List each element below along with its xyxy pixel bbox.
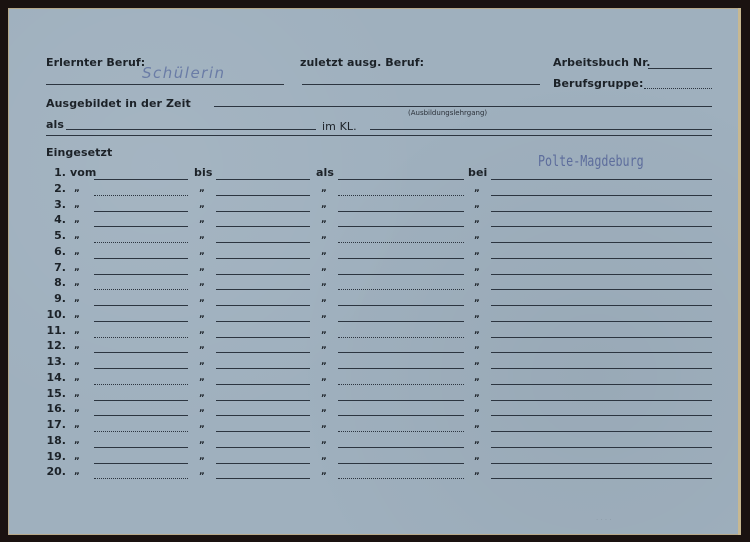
col-vom-label: vom bbox=[70, 166, 97, 179]
bei-field[interactable] bbox=[491, 447, 712, 448]
ditto-mark: „ bbox=[199, 341, 205, 351]
bis-field[interactable] bbox=[216, 305, 310, 306]
ditto-mark: „ bbox=[199, 389, 205, 399]
ausgebildet-field[interactable] bbox=[214, 106, 712, 107]
table-row: 18.„„„„ bbox=[8, 434, 741, 450]
ditto-mark: „ bbox=[199, 436, 205, 446]
bis-field[interactable] bbox=[216, 337, 310, 338]
bei-field[interactable] bbox=[491, 400, 712, 401]
ditto-mark: „ bbox=[474, 357, 480, 367]
als-field[interactable] bbox=[338, 337, 464, 338]
im-kl-field[interactable] bbox=[370, 129, 712, 130]
ditto-mark: „ bbox=[199, 404, 205, 414]
bei-field[interactable] bbox=[491, 415, 712, 416]
ditto-mark: „ bbox=[74, 184, 80, 194]
bei-field[interactable] bbox=[491, 352, 712, 353]
bei-field[interactable] bbox=[491, 431, 712, 432]
index-card: Erlernter Beruf: zuletzt ausg. Beruf: Ar… bbox=[8, 8, 741, 535]
ditto-mark: „ bbox=[199, 247, 205, 257]
bei-field[interactable] bbox=[491, 289, 712, 290]
bei-field[interactable] bbox=[491, 274, 712, 275]
bei-field[interactable] bbox=[491, 368, 712, 369]
row-number: 8. bbox=[42, 276, 66, 289]
table-row: 14.„„„„ bbox=[8, 371, 741, 387]
vom-field[interactable] bbox=[94, 305, 188, 306]
bis-field[interactable] bbox=[216, 226, 310, 227]
vom-field[interactable] bbox=[94, 463, 188, 464]
erlernter-beruf-value: Schülerin bbox=[142, 64, 226, 82]
ditto-mark: „ bbox=[74, 389, 80, 399]
ditto-mark: „ bbox=[321, 420, 327, 430]
ausbildungslehrgang-caption: (Ausbildungslehrgang) bbox=[408, 109, 487, 117]
als-field[interactable] bbox=[338, 274, 464, 275]
als-field[interactable] bbox=[338, 400, 464, 401]
ditto-mark: „ bbox=[321, 231, 327, 241]
col-bei-label: bei bbox=[468, 166, 487, 179]
bei-field[interactable] bbox=[491, 179, 712, 180]
vom-field[interactable] bbox=[94, 289, 188, 290]
table-row: 13.„„„„ bbox=[8, 355, 741, 371]
table-row: 8.„„„„ bbox=[8, 276, 741, 292]
bis-field[interactable] bbox=[216, 368, 310, 369]
ditto-mark: „ bbox=[321, 389, 327, 399]
row-number: 13. bbox=[42, 355, 66, 368]
ditto-mark: „ bbox=[321, 467, 327, 477]
als-field[interactable] bbox=[338, 478, 464, 479]
ditto-mark: „ bbox=[321, 184, 327, 194]
table-row: 20.„„„„ bbox=[8, 465, 741, 481]
ditto-mark: „ bbox=[321, 263, 327, 273]
vom-field[interactable] bbox=[94, 431, 188, 432]
table-row: 11.„„„„ bbox=[8, 324, 741, 340]
row-number: 9. bbox=[42, 292, 66, 305]
table-row: 5.„„„„ bbox=[8, 229, 741, 245]
vom-field[interactable] bbox=[94, 337, 188, 338]
faded-marking: · · · · bbox=[596, 516, 612, 524]
bei-field[interactable] bbox=[491, 258, 712, 259]
ditto-mark: „ bbox=[321, 436, 327, 446]
bis-field[interactable] bbox=[216, 352, 310, 353]
ditto-mark: „ bbox=[474, 404, 480, 414]
bis-field[interactable] bbox=[216, 274, 310, 275]
ditto-mark: „ bbox=[474, 184, 480, 194]
ditto-mark: „ bbox=[199, 420, 205, 430]
vom-field[interactable] bbox=[94, 226, 188, 227]
ditto-mark: „ bbox=[474, 420, 480, 430]
ditto-mark: „ bbox=[199, 373, 205, 383]
als-field[interactable] bbox=[338, 431, 464, 432]
vom-field[interactable] bbox=[94, 258, 188, 259]
ditto-mark: „ bbox=[74, 420, 80, 430]
ditto-mark: „ bbox=[474, 341, 480, 351]
berufsgruppe-label: Berufsgruppe: bbox=[553, 77, 643, 90]
ditto-mark: „ bbox=[74, 247, 80, 257]
ditto-mark: „ bbox=[199, 263, 205, 273]
ditto-mark: „ bbox=[199, 467, 205, 477]
als-field[interactable] bbox=[338, 211, 464, 212]
row-number: 3. bbox=[42, 198, 66, 211]
ditto-mark: „ bbox=[474, 373, 480, 383]
ditto-mark: „ bbox=[321, 341, 327, 351]
ditto-mark: „ bbox=[474, 247, 480, 257]
als-field[interactable] bbox=[66, 129, 316, 130]
ditto-mark: „ bbox=[74, 404, 80, 414]
erlernter-beruf-label: Erlernter Beruf: bbox=[46, 56, 145, 69]
bis-field[interactable] bbox=[216, 211, 310, 212]
ditto-mark: „ bbox=[474, 452, 480, 462]
vom-field[interactable] bbox=[94, 478, 188, 479]
row-number: 7. bbox=[42, 261, 66, 274]
als-field[interactable] bbox=[338, 305, 464, 306]
bis-field[interactable] bbox=[216, 400, 310, 401]
als-field[interactable] bbox=[338, 352, 464, 353]
ditto-mark: „ bbox=[474, 231, 480, 241]
ditto-mark: „ bbox=[199, 452, 205, 462]
vom-field[interactable] bbox=[94, 242, 188, 243]
ditto-mark: „ bbox=[199, 200, 205, 210]
ditto-mark: „ bbox=[321, 278, 327, 288]
ditto-mark: „ bbox=[474, 310, 480, 320]
bei-field[interactable] bbox=[491, 321, 712, 322]
vom-field[interactable] bbox=[94, 274, 188, 275]
vom-field[interactable] bbox=[94, 352, 188, 353]
arbeitsbuch-field[interactable] bbox=[648, 68, 712, 69]
ditto-mark: „ bbox=[474, 389, 480, 399]
ditto-mark: „ bbox=[74, 215, 80, 225]
row-number: 20. bbox=[42, 465, 66, 478]
ditto-mark: „ bbox=[199, 357, 205, 367]
bei-field[interactable] bbox=[491, 242, 712, 243]
vom-field[interactable] bbox=[94, 415, 188, 416]
als-label: als bbox=[46, 118, 64, 131]
ditto-mark: „ bbox=[74, 452, 80, 462]
ditto-mark: „ bbox=[74, 231, 80, 241]
ditto-mark: „ bbox=[321, 452, 327, 462]
ditto-mark: „ bbox=[199, 294, 205, 304]
als-field[interactable] bbox=[338, 242, 464, 243]
header-divider bbox=[46, 135, 712, 136]
als-field[interactable] bbox=[338, 179, 464, 180]
table-row: 10.„„„„ bbox=[8, 308, 741, 324]
vom-field[interactable] bbox=[94, 195, 188, 196]
ditto-mark: „ bbox=[321, 404, 327, 414]
ditto-mark: „ bbox=[474, 326, 480, 336]
ditto-mark: „ bbox=[474, 467, 480, 477]
row-number: 11. bbox=[42, 324, 66, 337]
ditto-mark: „ bbox=[74, 200, 80, 210]
row-number: 18. bbox=[42, 434, 66, 447]
ditto-mark: „ bbox=[199, 215, 205, 225]
als-field[interactable] bbox=[338, 447, 464, 448]
ditto-mark: „ bbox=[321, 215, 327, 225]
bei-field[interactable] bbox=[491, 337, 712, 338]
vom-field[interactable] bbox=[94, 179, 188, 180]
ditto-mark: „ bbox=[321, 310, 327, 320]
ditto-mark: „ bbox=[474, 278, 480, 288]
row-number: 4. bbox=[42, 213, 66, 226]
bei-field[interactable] bbox=[491, 305, 712, 306]
als-field[interactable] bbox=[338, 289, 464, 290]
als-field[interactable] bbox=[338, 258, 464, 259]
bei-field[interactable] bbox=[491, 195, 712, 196]
bis-field[interactable] bbox=[216, 258, 310, 259]
als-field[interactable] bbox=[338, 384, 464, 385]
bis-field[interactable] bbox=[216, 463, 310, 464]
ditto-mark: „ bbox=[474, 200, 480, 210]
berufsgruppe-field[interactable] bbox=[644, 88, 712, 89]
table-row: 9.„„„„ bbox=[8, 292, 741, 308]
row-number: 14. bbox=[42, 371, 66, 384]
als-field[interactable] bbox=[338, 195, 464, 196]
arbeitsbuch-label: Arbeitsbuch Nr. bbox=[553, 56, 650, 69]
bis-field[interactable] bbox=[216, 478, 310, 479]
row-number: 2. bbox=[42, 182, 66, 195]
erlernter-beruf-field[interactable] bbox=[46, 84, 284, 85]
table-row: 6.„„„„ bbox=[8, 245, 741, 261]
bis-field[interactable] bbox=[216, 415, 310, 416]
table-row: 15.„„„„ bbox=[8, 387, 741, 403]
als-field[interactable] bbox=[338, 226, 464, 227]
zuletzt-beruf-field[interactable] bbox=[302, 84, 540, 85]
bis-field[interactable] bbox=[216, 431, 310, 432]
bis-field[interactable] bbox=[216, 321, 310, 322]
ausgebildet-label: Ausgebildet in der Zeit bbox=[46, 97, 191, 110]
ditto-mark: „ bbox=[199, 326, 205, 336]
bei-field[interactable] bbox=[491, 211, 712, 212]
ditto-mark: „ bbox=[321, 357, 327, 367]
ditto-mark: „ bbox=[74, 294, 80, 304]
row-number: 19. bbox=[42, 450, 66, 463]
ditto-mark: „ bbox=[74, 467, 80, 477]
row-number: 10. bbox=[42, 308, 66, 321]
als-field[interactable] bbox=[338, 415, 464, 416]
als-field[interactable] bbox=[338, 463, 464, 464]
ditto-mark: „ bbox=[74, 263, 80, 273]
im-kl-label: im KL. bbox=[322, 120, 357, 133]
bis-field[interactable] bbox=[216, 384, 310, 385]
ditto-mark: „ bbox=[199, 278, 205, 288]
bei-field[interactable] bbox=[491, 478, 712, 479]
bis-field[interactable] bbox=[216, 195, 310, 196]
bei-field[interactable] bbox=[491, 463, 712, 464]
ditto-mark: „ bbox=[321, 247, 327, 257]
eingesetzt-title: Eingesetzt bbox=[46, 146, 112, 159]
ditto-mark: „ bbox=[74, 373, 80, 383]
row-number: 17. bbox=[42, 418, 66, 431]
vom-field[interactable] bbox=[94, 368, 188, 369]
ditto-mark: „ bbox=[74, 278, 80, 288]
bei-field[interactable] bbox=[491, 226, 712, 227]
als-field[interactable] bbox=[338, 321, 464, 322]
zuletzt-beruf-label: zuletzt ausg. Beruf: bbox=[300, 56, 424, 69]
row-number: 5. bbox=[42, 229, 66, 242]
table-row: 19.„„„„ bbox=[8, 450, 741, 466]
ditto-mark: „ bbox=[321, 326, 327, 336]
row-number: 1. bbox=[42, 166, 66, 179]
table-row: 7.„„„„ bbox=[8, 261, 741, 277]
table-row: 17.„„„„ bbox=[8, 418, 741, 434]
bis-field[interactable] bbox=[216, 242, 310, 243]
ditto-mark: „ bbox=[474, 263, 480, 273]
ditto-mark: „ bbox=[199, 310, 205, 320]
vom-field[interactable] bbox=[94, 384, 188, 385]
row-number: 12. bbox=[42, 339, 66, 352]
vom-field[interactable] bbox=[94, 321, 188, 322]
ditto-mark: „ bbox=[321, 200, 327, 210]
vom-field[interactable] bbox=[94, 211, 188, 212]
vom-field[interactable] bbox=[94, 400, 188, 401]
table-row: 2.„„„„ bbox=[8, 182, 741, 198]
als-field[interactable] bbox=[338, 368, 464, 369]
ditto-mark: „ bbox=[74, 357, 80, 367]
table-row: 3.„„„„ bbox=[8, 198, 741, 214]
bis-field[interactable] bbox=[216, 289, 310, 290]
col-als-label: als bbox=[316, 166, 334, 179]
table-row: 4.„„„„ bbox=[8, 213, 741, 229]
ditto-mark: „ bbox=[74, 436, 80, 446]
ditto-mark: „ bbox=[74, 326, 80, 336]
bis-field[interactable] bbox=[216, 179, 310, 180]
row-number: 16. bbox=[42, 402, 66, 415]
vom-field[interactable] bbox=[94, 447, 188, 448]
table-row: 16.„„„„ bbox=[8, 402, 741, 418]
ditto-mark: „ bbox=[321, 373, 327, 383]
ditto-mark: „ bbox=[321, 294, 327, 304]
ditto-mark: „ bbox=[474, 436, 480, 446]
row-number: 6. bbox=[42, 245, 66, 258]
ditto-mark: „ bbox=[199, 231, 205, 241]
col-bis-label: bis bbox=[194, 166, 213, 179]
ditto-mark: „ bbox=[74, 310, 80, 320]
ditto-mark: „ bbox=[74, 341, 80, 351]
bis-field[interactable] bbox=[216, 447, 310, 448]
table-row: 1.vombisalsbei bbox=[8, 166, 741, 182]
ditto-mark: „ bbox=[474, 215, 480, 225]
ditto-mark: „ bbox=[474, 294, 480, 304]
table-row: 12.„„„„ bbox=[8, 339, 741, 355]
bei-field[interactable] bbox=[491, 384, 712, 385]
ditto-mark: „ bbox=[199, 184, 205, 194]
row-number: 15. bbox=[42, 387, 66, 400]
